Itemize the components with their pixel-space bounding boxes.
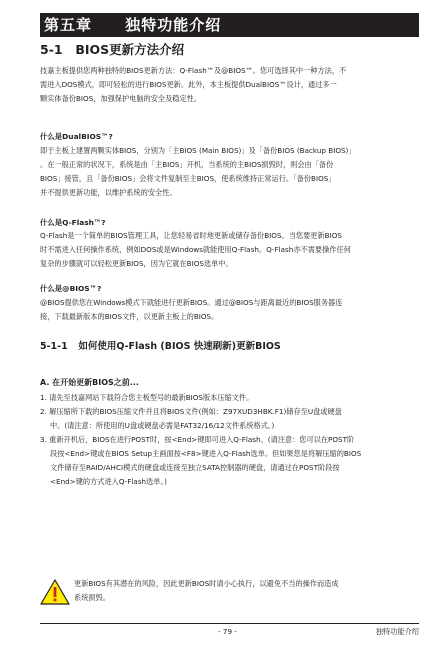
list-item-continuation: 段按<End>键或在BIOS Setup主画面按<F8>键进入Q-Flash选单… bbox=[40, 447, 420, 461]
step-a-heading: A. 在开始更新BIOS之前... bbox=[40, 377, 139, 388]
chapter-title: 独特功能介绍 bbox=[125, 16, 221, 34]
dualbios-question: 什么是DualBIOS™? bbox=[40, 130, 113, 144]
list-item-continuation: 中。(请注意：所使用的U盘或硬盘必需是FAT32/16/12文件系统格式。) bbox=[40, 419, 420, 433]
list-item: 2. 解压缩所下载的BIOS压缩文件并且将BIOS文件(例如：Z97XUD3HB… bbox=[40, 405, 420, 419]
section-title: 5-1 BIOS更新方法介绍 bbox=[40, 40, 184, 58]
text-line: 时不需进入任何操作系统，例如DOS或是Windows就能使用Q-Flash。Q-… bbox=[40, 243, 420, 257]
list-item-continuation: <End>键的方式进入Q-Flash选单。) bbox=[40, 475, 420, 489]
text-line: 需进入DOS模式，即可轻松的进行BIOS更新。此外，本主板提供DualBIOS™… bbox=[40, 78, 420, 92]
text-line: 复杂的步骤就可以轻松更新BIOS，因为它就在BIOS选单中。 bbox=[40, 257, 420, 271]
step-a-list: 1. 请先至技嘉网站下载符合您主板型号的最新BIOS版本压缩文件。 2. 解压缩… bbox=[40, 391, 420, 489]
text-line: 颗实体备份BIOS，加强保护电脑的安全及稳定性。 bbox=[40, 92, 420, 106]
list-item-continuation: 文件储存至RAID/AHCI模式的硬盘或连接至独立SATA控制器的硬盘，请通过在… bbox=[40, 461, 420, 475]
subsection-heading: 如何使用Q-Flash (BIOS 快速刷新)更新BIOS bbox=[78, 341, 280, 352]
text-line: @BIOS提供您在Windows模式下就能进行更新BIOS。通过@BIOS与距离… bbox=[40, 296, 420, 310]
text-line: 更新BIOS有其潜在的风险，因此更新BIOS时请小心执行，以避免不当的操作而造成 bbox=[74, 577, 339, 591]
dualbios-paragraph: 即于主板上建置两颗实体BIOS，分别为「主BIOS (Main BIOS)」及「… bbox=[40, 144, 420, 200]
warning-triangle-icon bbox=[40, 579, 70, 605]
intro-paragraph: 技嘉主板提供您两种独特的BIOS更新方法：Q-Flash™及@BIOS™。您可选… bbox=[40, 64, 420, 106]
footer-chapter-title: 独特功能介绍 bbox=[376, 627, 419, 637]
page-number: - 79 - bbox=[218, 627, 237, 636]
chapter-number: 第五章 bbox=[44, 13, 120, 37]
chapter-header: 第五章 独特功能介绍 bbox=[40, 13, 419, 37]
text-line: Q-Flash是一个简单的BIOS管理工具，让您轻易省时地更新或储存备份BIOS… bbox=[40, 229, 420, 243]
atbios-paragraph: @BIOS提供您在Windows模式下就能进行更新BIOS。通过@BIOS与距离… bbox=[40, 296, 420, 324]
section-heading: BIOS更新方法介绍 bbox=[75, 42, 184, 57]
text-line: 接，下载最新版本的BIOS文件，以更新主板上的BIOS。 bbox=[40, 310, 420, 324]
text-line: BIOS」接管，且「备份BIOS」会将文件复制至主BIOS，使系统维持正常运行。… bbox=[40, 172, 420, 186]
atbios-question: 什么是@BIOS™? bbox=[40, 282, 101, 296]
warning-text: 更新BIOS有其潜在的风险，因此更新BIOS时请小心执行，以避免不当的操作而造成… bbox=[74, 577, 339, 605]
subsection-number: 5-1-1 bbox=[40, 341, 75, 352]
list-item: 1. 请先至技嘉网站下载符合您主板型号的最新BIOS版本压缩文件。 bbox=[40, 391, 420, 405]
footer-divider bbox=[40, 623, 419, 624]
text-line: 即于主板上建置两颗实体BIOS，分别为「主BIOS (Main BIOS)」及「… bbox=[40, 144, 420, 158]
list-item: 3. 重新开机后，BIOS在进行POST时，按<End>键即可进入Q-Flash… bbox=[40, 433, 420, 447]
text-line: 并不提供更新功能，以维护系统的安全性。 bbox=[40, 186, 420, 200]
qflash-paragraph: Q-Flash是一个简单的BIOS管理工具，让您轻易省时地更新或储存备份BIOS… bbox=[40, 229, 420, 271]
qflash-question: 什么是Q-Flash™? bbox=[40, 216, 106, 230]
subsection-title: 5-1-1 如何使用Q-Flash (BIOS 快速刷新)更新BIOS bbox=[40, 338, 281, 352]
text-line: 。在一般正常的状况下，系统是由「主BIOS」开机，当系统的主BIOS损毁时，则会… bbox=[40, 158, 420, 172]
section-number: 5-1 bbox=[40, 42, 71, 57]
text-line: 技嘉主板提供您两种独特的BIOS更新方法：Q-Flash™及@BIOS™。您可选… bbox=[40, 64, 420, 78]
text-line: 系统损毁。 bbox=[74, 591, 339, 605]
